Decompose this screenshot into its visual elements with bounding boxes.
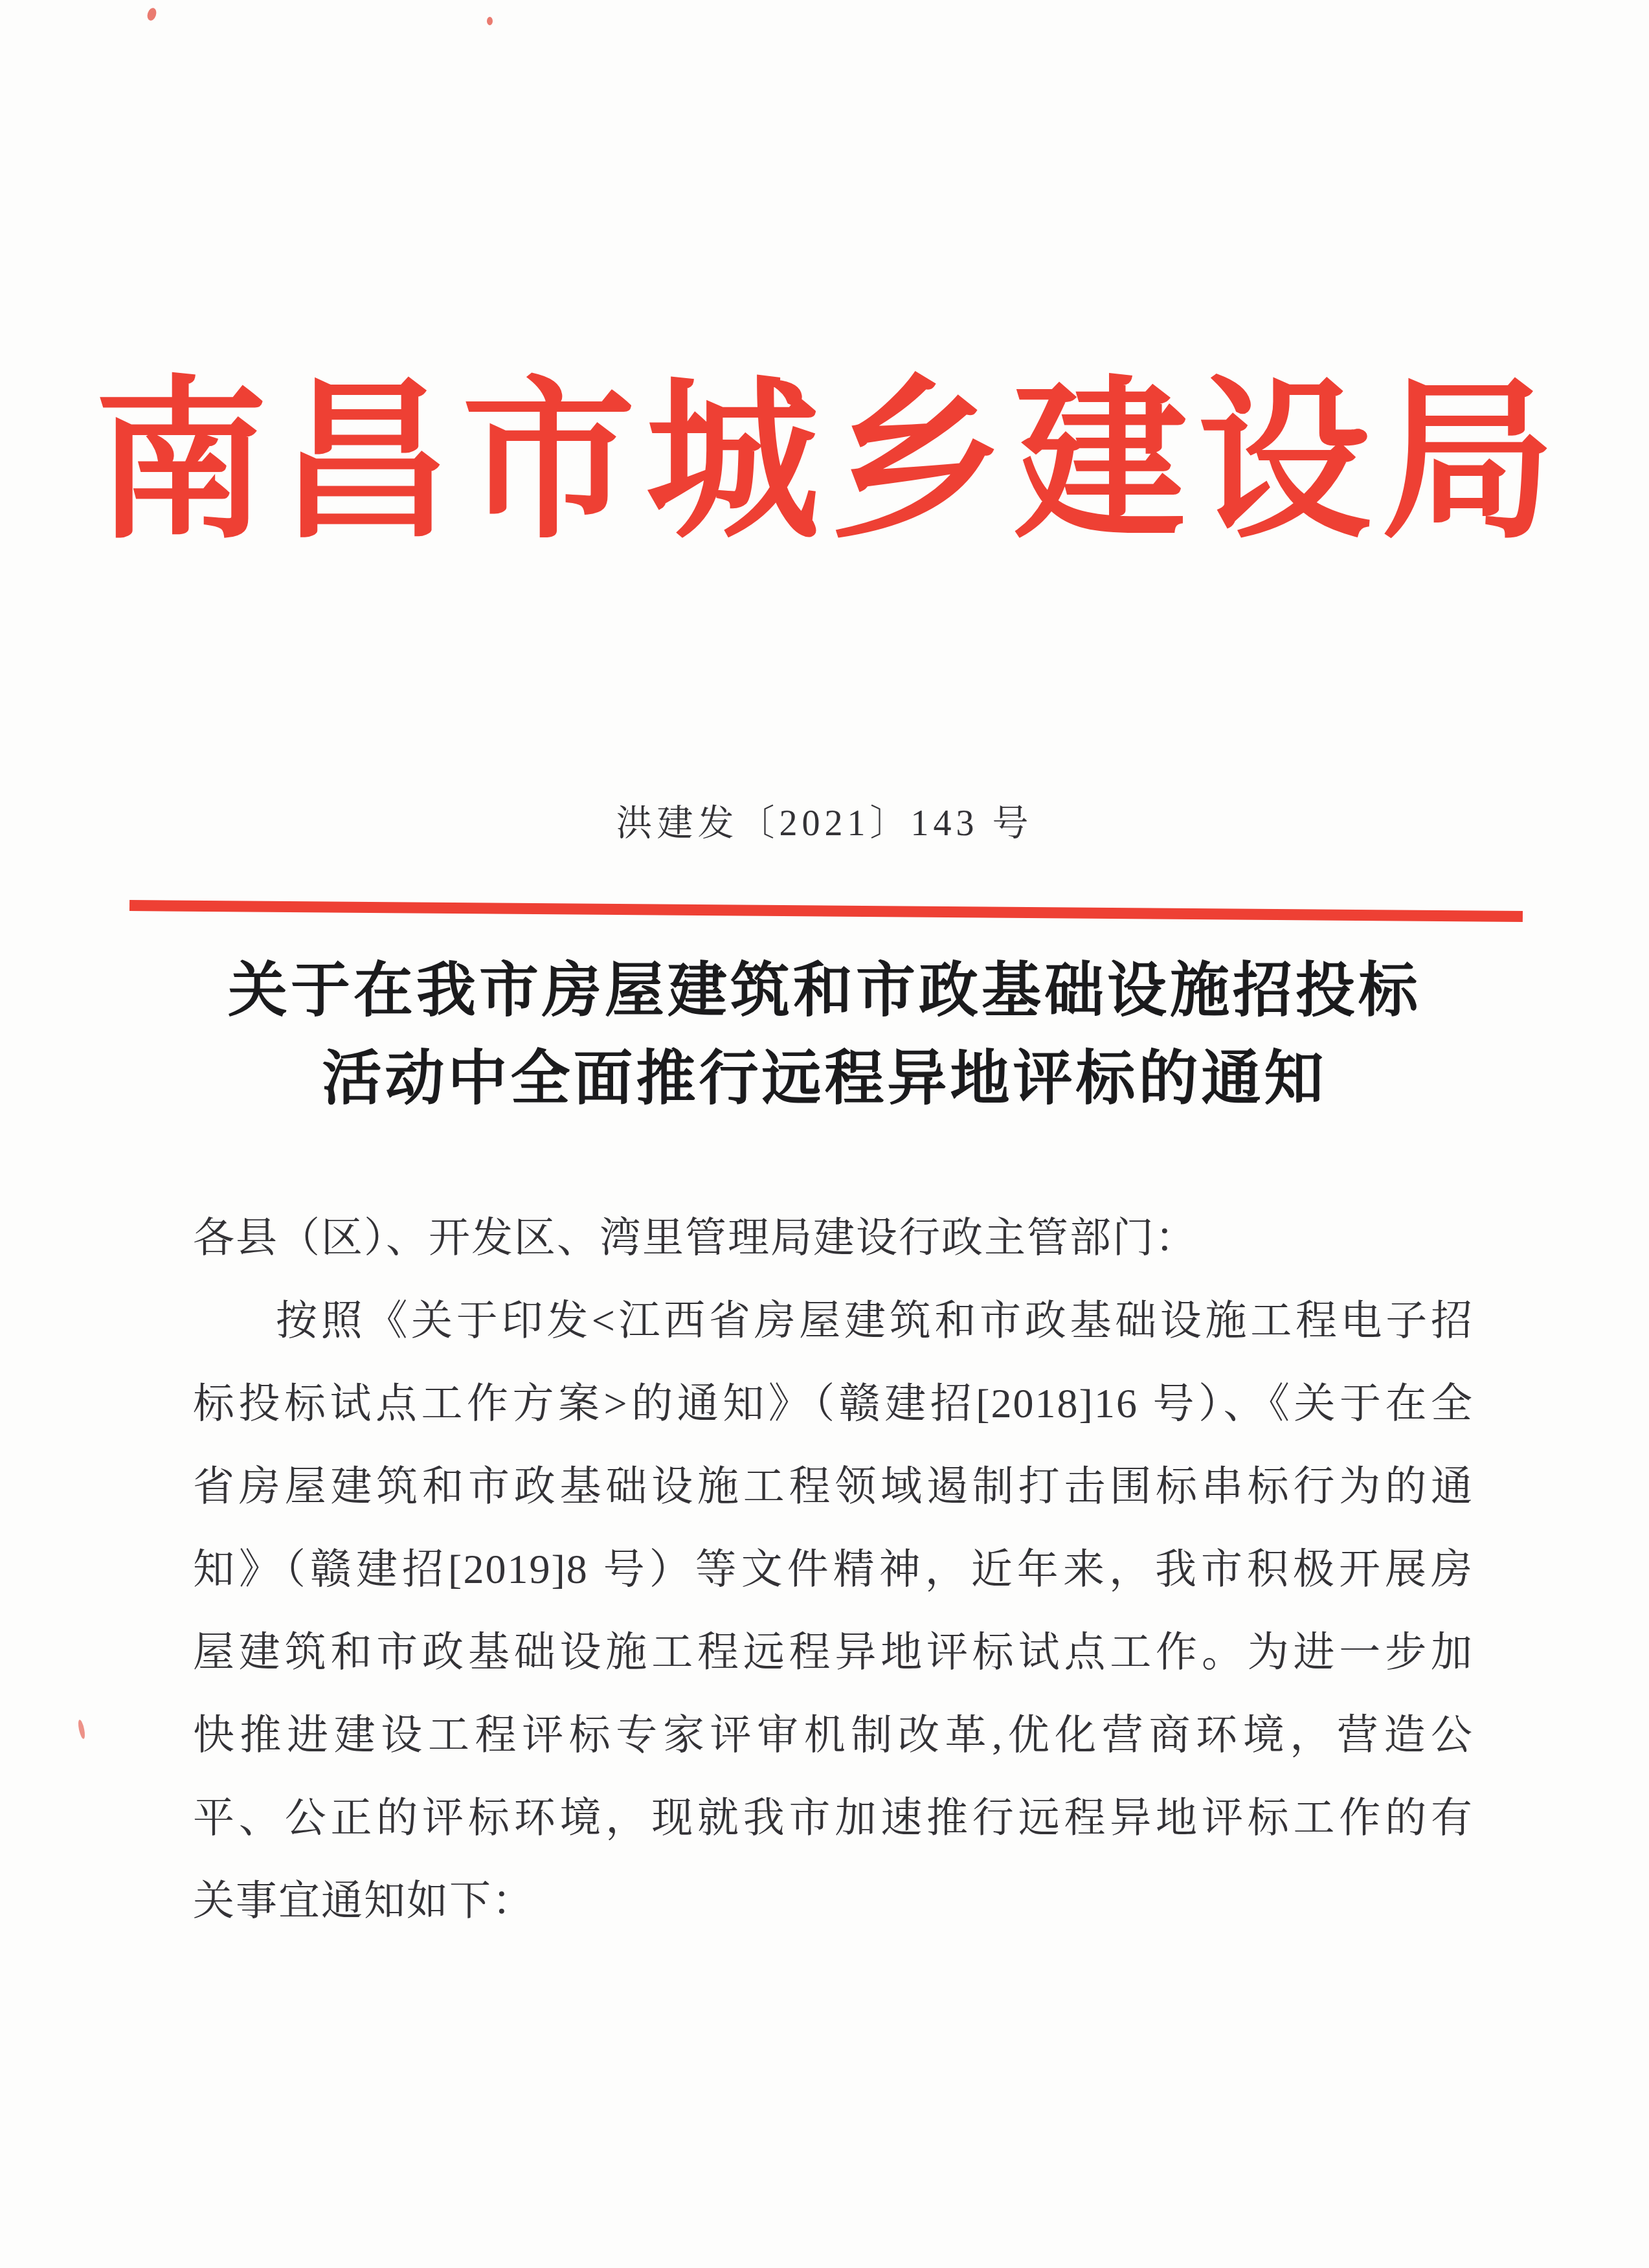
salutation-line: 各县（区）、开发区、湾里管理局建设行政主管部门： (193, 1196, 1474, 1279)
body-line-2: 标投标试点工作方案>的通知》（赣建招[2018]16 号）、《关于在全 (193, 1362, 1474, 1445)
body-line-7: 平、公正的评标环境，现就我市加速推行远程异地评标工作的有 (193, 1777, 1474, 1859)
agency-title: 南昌市城乡建设局 (0, 363, 1649, 563)
body-line-6: 快推进建设工程评标专家评审机制改革,优化营商环境，营造公 (193, 1694, 1474, 1777)
body-line-8: 关事宜通知如下： (193, 1859, 1474, 1942)
scan-artifact (77, 1719, 86, 1739)
body-line-3: 省房屋建筑和市政基础设施工程领域遏制打击围标串标行为的通 (193, 1445, 1474, 1528)
notice-title-line-2: 活动中全面推行远程异地评标的通知 (0, 1035, 1649, 1123)
body-line-1: 按照《关于印发<江西省房屋建筑和市政基础设施工程电子招 (193, 1279, 1474, 1362)
notice-title: 关于在我市房屋建筑和市政基础设施招投标 活动中全面推行远程异地评标的通知 (0, 947, 1649, 1123)
document-body: 各县（区）、开发区、湾里管理局建设行政主管部门： 按照《关于印发<江西省房屋建筑… (193, 1196, 1474, 1942)
red-divider-line (129, 900, 1523, 922)
scan-artifact (146, 6, 158, 21)
scanned-document-page: 南昌市城乡建设局 洪建发〔2021〕143 号 关于在我市房屋建筑和市政基础设施… (0, 0, 1649, 2268)
notice-title-line-1: 关于在我市房屋建筑和市政基础设施招投标 (0, 947, 1649, 1035)
scan-artifact (487, 17, 493, 25)
body-line-4: 知》（赣建招[2019]8 号）等文件精神，近年来，我市积极开展房 (193, 1528, 1474, 1611)
body-line-5: 屋建筑和市政基础设施工程远程异地评标试点工作。为进一步加 (193, 1611, 1474, 1694)
document-number: 洪建发〔2021〕143 号 (0, 798, 1649, 849)
